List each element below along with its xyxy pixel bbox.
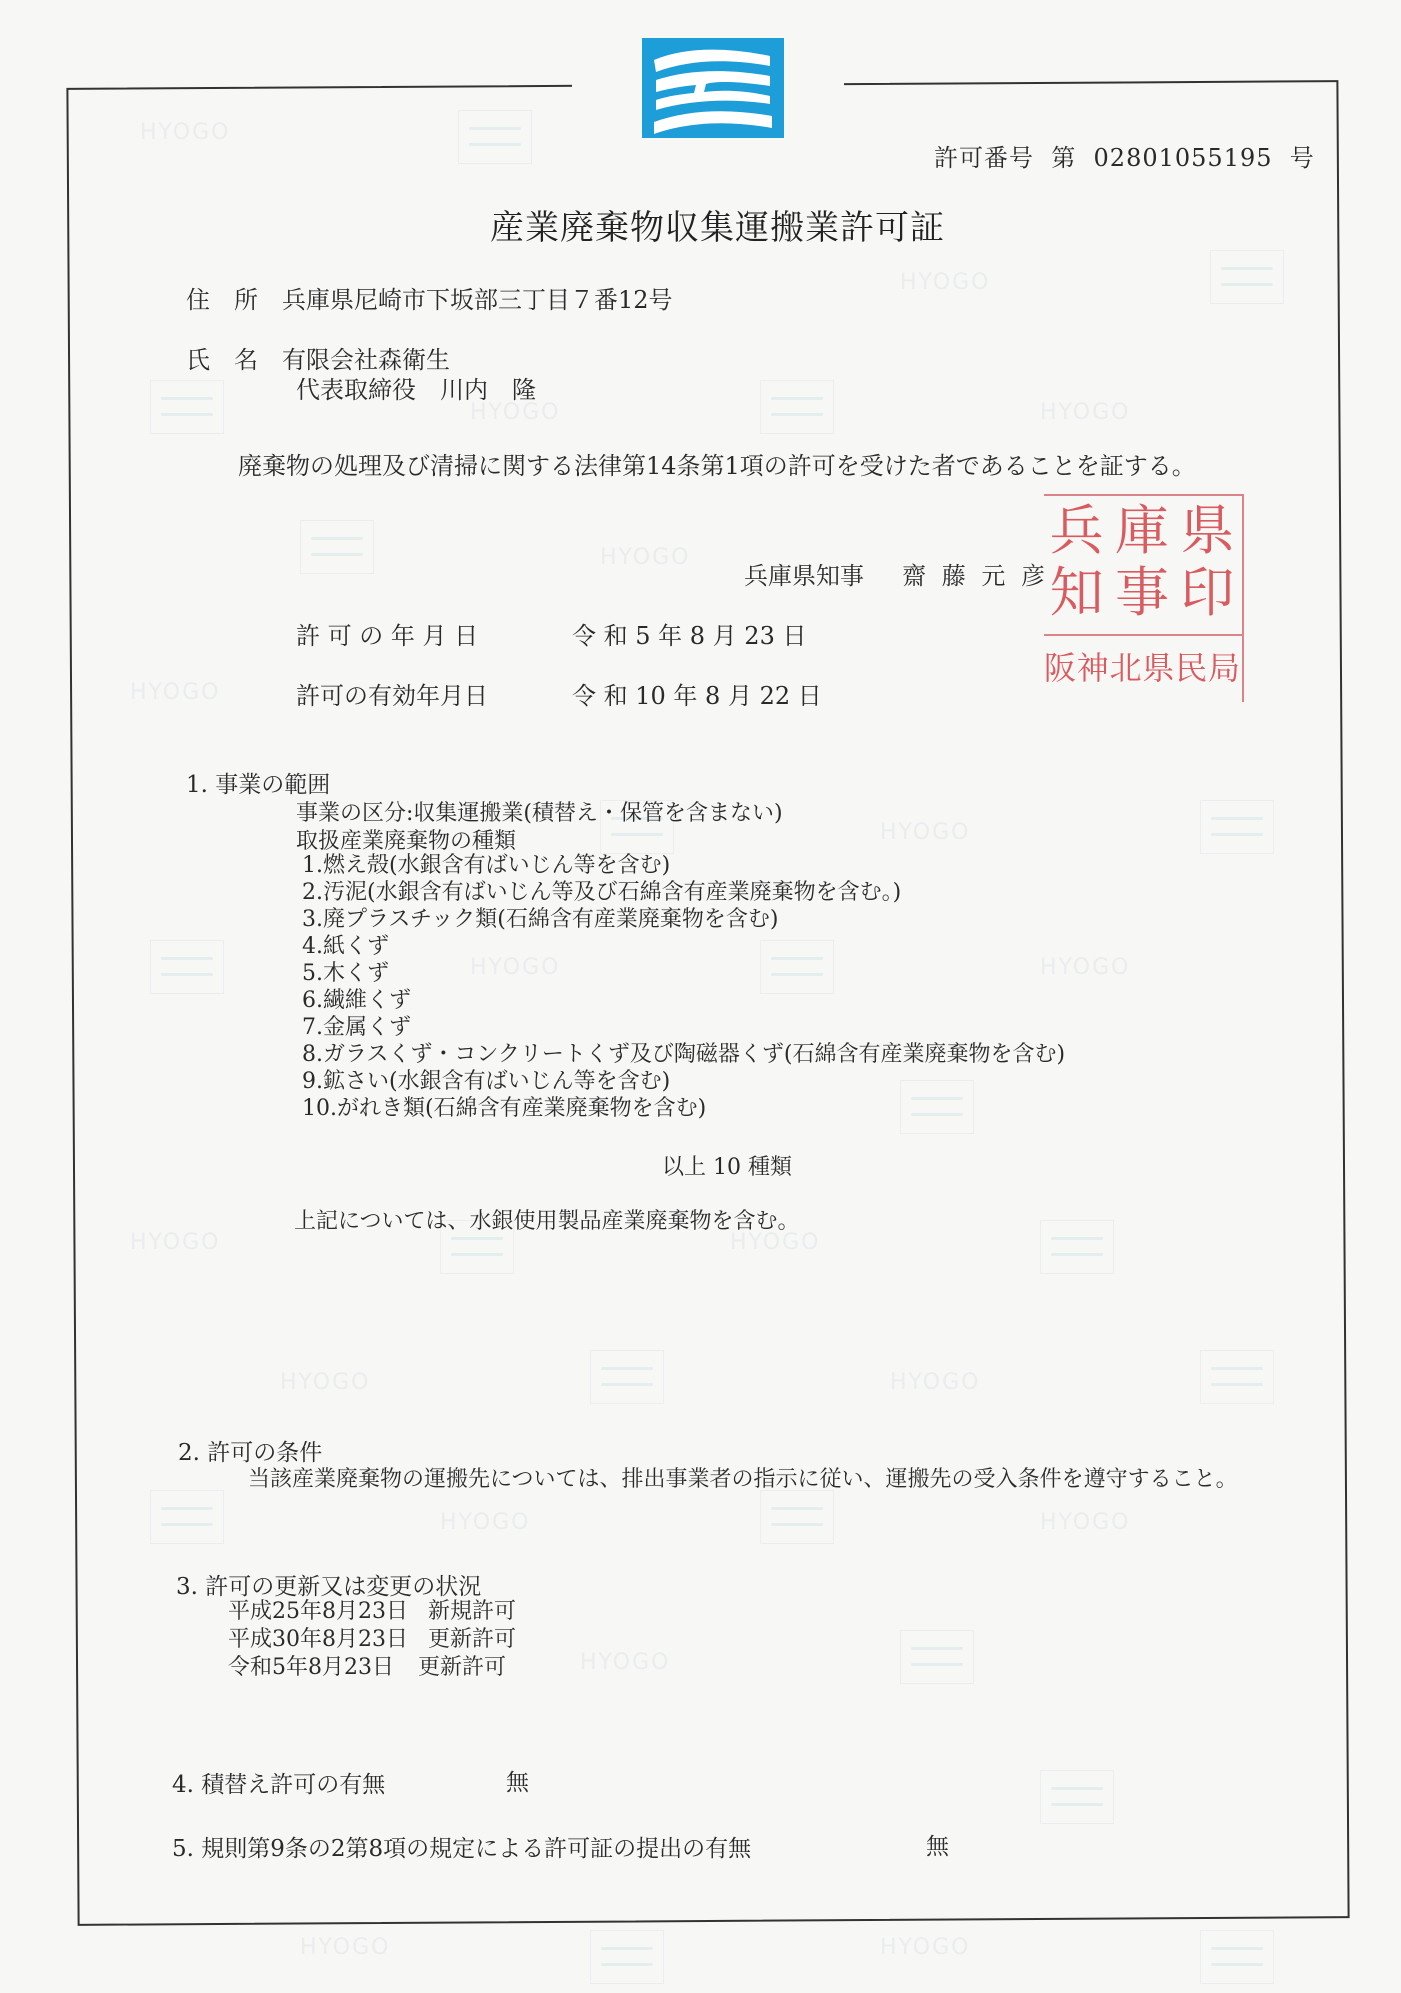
history-item: 平成30年8月23日更新許可 (228, 1626, 516, 1654)
permit-number-prefix: 第 (1051, 144, 1076, 172)
history-item: 令和5年8月23日更新許可 (228, 1654, 516, 1682)
permit-number-suffix: 号 (1290, 144, 1315, 172)
watermark-text: HYOGO (880, 1935, 970, 1960)
issuer: 兵庫県知事 齋 藤 元 彦 (744, 556, 1049, 591)
section-4-heading: 4. 積替え許可の有無 (172, 1766, 385, 1799)
permit-date-value: 令 和 5 年 8 月 23 日 (572, 622, 806, 650)
permit-date-row: 許 可 の 年 月 日令 和 5 年 8 月 23 日 (296, 616, 806, 651)
permit-date-label: 許 可 の 年 月 日 (296, 616, 572, 651)
waste-type-item: 1.燃え殻(水銀含有ばいじん等を含む) (302, 852, 1065, 879)
permit-number: 許可番号 第 02801055195 号 (934, 138, 1315, 173)
waste-types-list: 1.燃え殻(水銀含有ばいじん等を含む) 2.汚泥(水銀含有ばいじん等及び石綿含有… (302, 852, 1065, 1122)
waste-type-item: 2.汚泥(水銀含有ばいじん等及び石綿含有産業廃棄物を含む。) (302, 879, 1065, 906)
hyogo-emblem-icon (642, 38, 784, 138)
section-5-heading: 5. 規則第9条の2第8項の規定による許可証の提出の有無 (172, 1830, 751, 1863)
business-type: 事業の区分:収集運搬業(積替え・保管を含まない) (296, 796, 783, 827)
history-item: 平成25年8月23日新規許可 (228, 1598, 516, 1626)
waste-types-heading: 取扱産業廃棄物の種類 (296, 824, 516, 855)
seal-upper: 兵 庫 県 知 事 印 (1044, 500, 1240, 624)
mercury-note: 上記については、水銀使用製品産業廃棄物を含む。 (294, 1204, 800, 1235)
certification-statement: 廃棄物の処理及び清掃に関する法律第14条第1項の許可を受けた者であることを証する… (238, 446, 1196, 481)
document-title: 産業廃棄物収集運搬業許可証 (490, 200, 945, 249)
waste-type-item: 7.金属くず (302, 1014, 1065, 1041)
watermark-emblem-icon (1200, 1930, 1274, 1984)
expiry-date-label: 許可の有効年月日 (296, 676, 572, 711)
official-seal: 兵 庫 県 知 事 印 阪 神 北 県 民 局 (1044, 494, 1244, 702)
waste-type-item: 3.廃プラスチック類(石綿含有産業廃棄物を含む) (302, 906, 1065, 933)
issuer-name: 齋 藤 元 彦 (902, 562, 1049, 590)
waste-type-item: 10.がれき類(石綿含有産業廃棄物を含む) (302, 1095, 1065, 1122)
permit-number-value: 02801055195 (1094, 144, 1273, 172)
section-1-heading: 1. 事業の範囲 (186, 766, 330, 799)
watermark-emblem-icon (590, 1930, 664, 1984)
waste-type-item: 9.鉱さい(水銀含有ばいじん等を含む) (302, 1068, 1065, 1095)
expiry-date-row: 許可の有効年月日令 和 10 年 8 月 22 日 (296, 676, 822, 711)
waste-type-item: 4.紙くず (302, 933, 1065, 960)
waste-type-item: 6.繊維くず (302, 987, 1065, 1014)
address-value: 兵庫県尼崎市下坂部三丁目７番12号 (282, 286, 673, 314)
permit-number-label: 許可番号 (934, 144, 1034, 172)
expiry-date-value: 令 和 10 年 8 月 22 日 (572, 682, 822, 710)
seal-lower: 阪 神 北 県 民 局 (1044, 640, 1240, 696)
issuer-title: 兵庫県知事 (744, 562, 864, 590)
permit-condition: 当該産業廃棄物の運搬先については、排出事業者の指示に従い、運搬先の受入条件を遵守… (248, 1462, 1238, 1493)
representative: 代表取締役 川内 隆 (296, 370, 536, 405)
permit-history: 平成25年8月23日新規許可 平成30年8月23日更新許可 令和5年8月23日更… (228, 1598, 516, 1682)
watermark-text: HYOGO (300, 1935, 390, 1960)
waste-types-total: 以上 10 種類 (662, 1150, 792, 1181)
transshipment-value: 無 (506, 1764, 529, 1797)
name-label: 氏 名 (186, 340, 282, 375)
waste-type-item: 5.木くず (302, 960, 1065, 987)
address-label: 住 所 (186, 280, 282, 315)
submission-value: 無 (926, 1828, 949, 1861)
waste-type-item: 8.ガラスくず・コンクリートくず及び陶磁器くず(石綿含有産業廃棄物を含む) (302, 1041, 1065, 1068)
section-3-heading: 3. 許可の更新又は変更の状況 (176, 1568, 481, 1601)
address-row: 住 所兵庫県尼崎市下坂部三丁目７番12号 (186, 280, 673, 315)
